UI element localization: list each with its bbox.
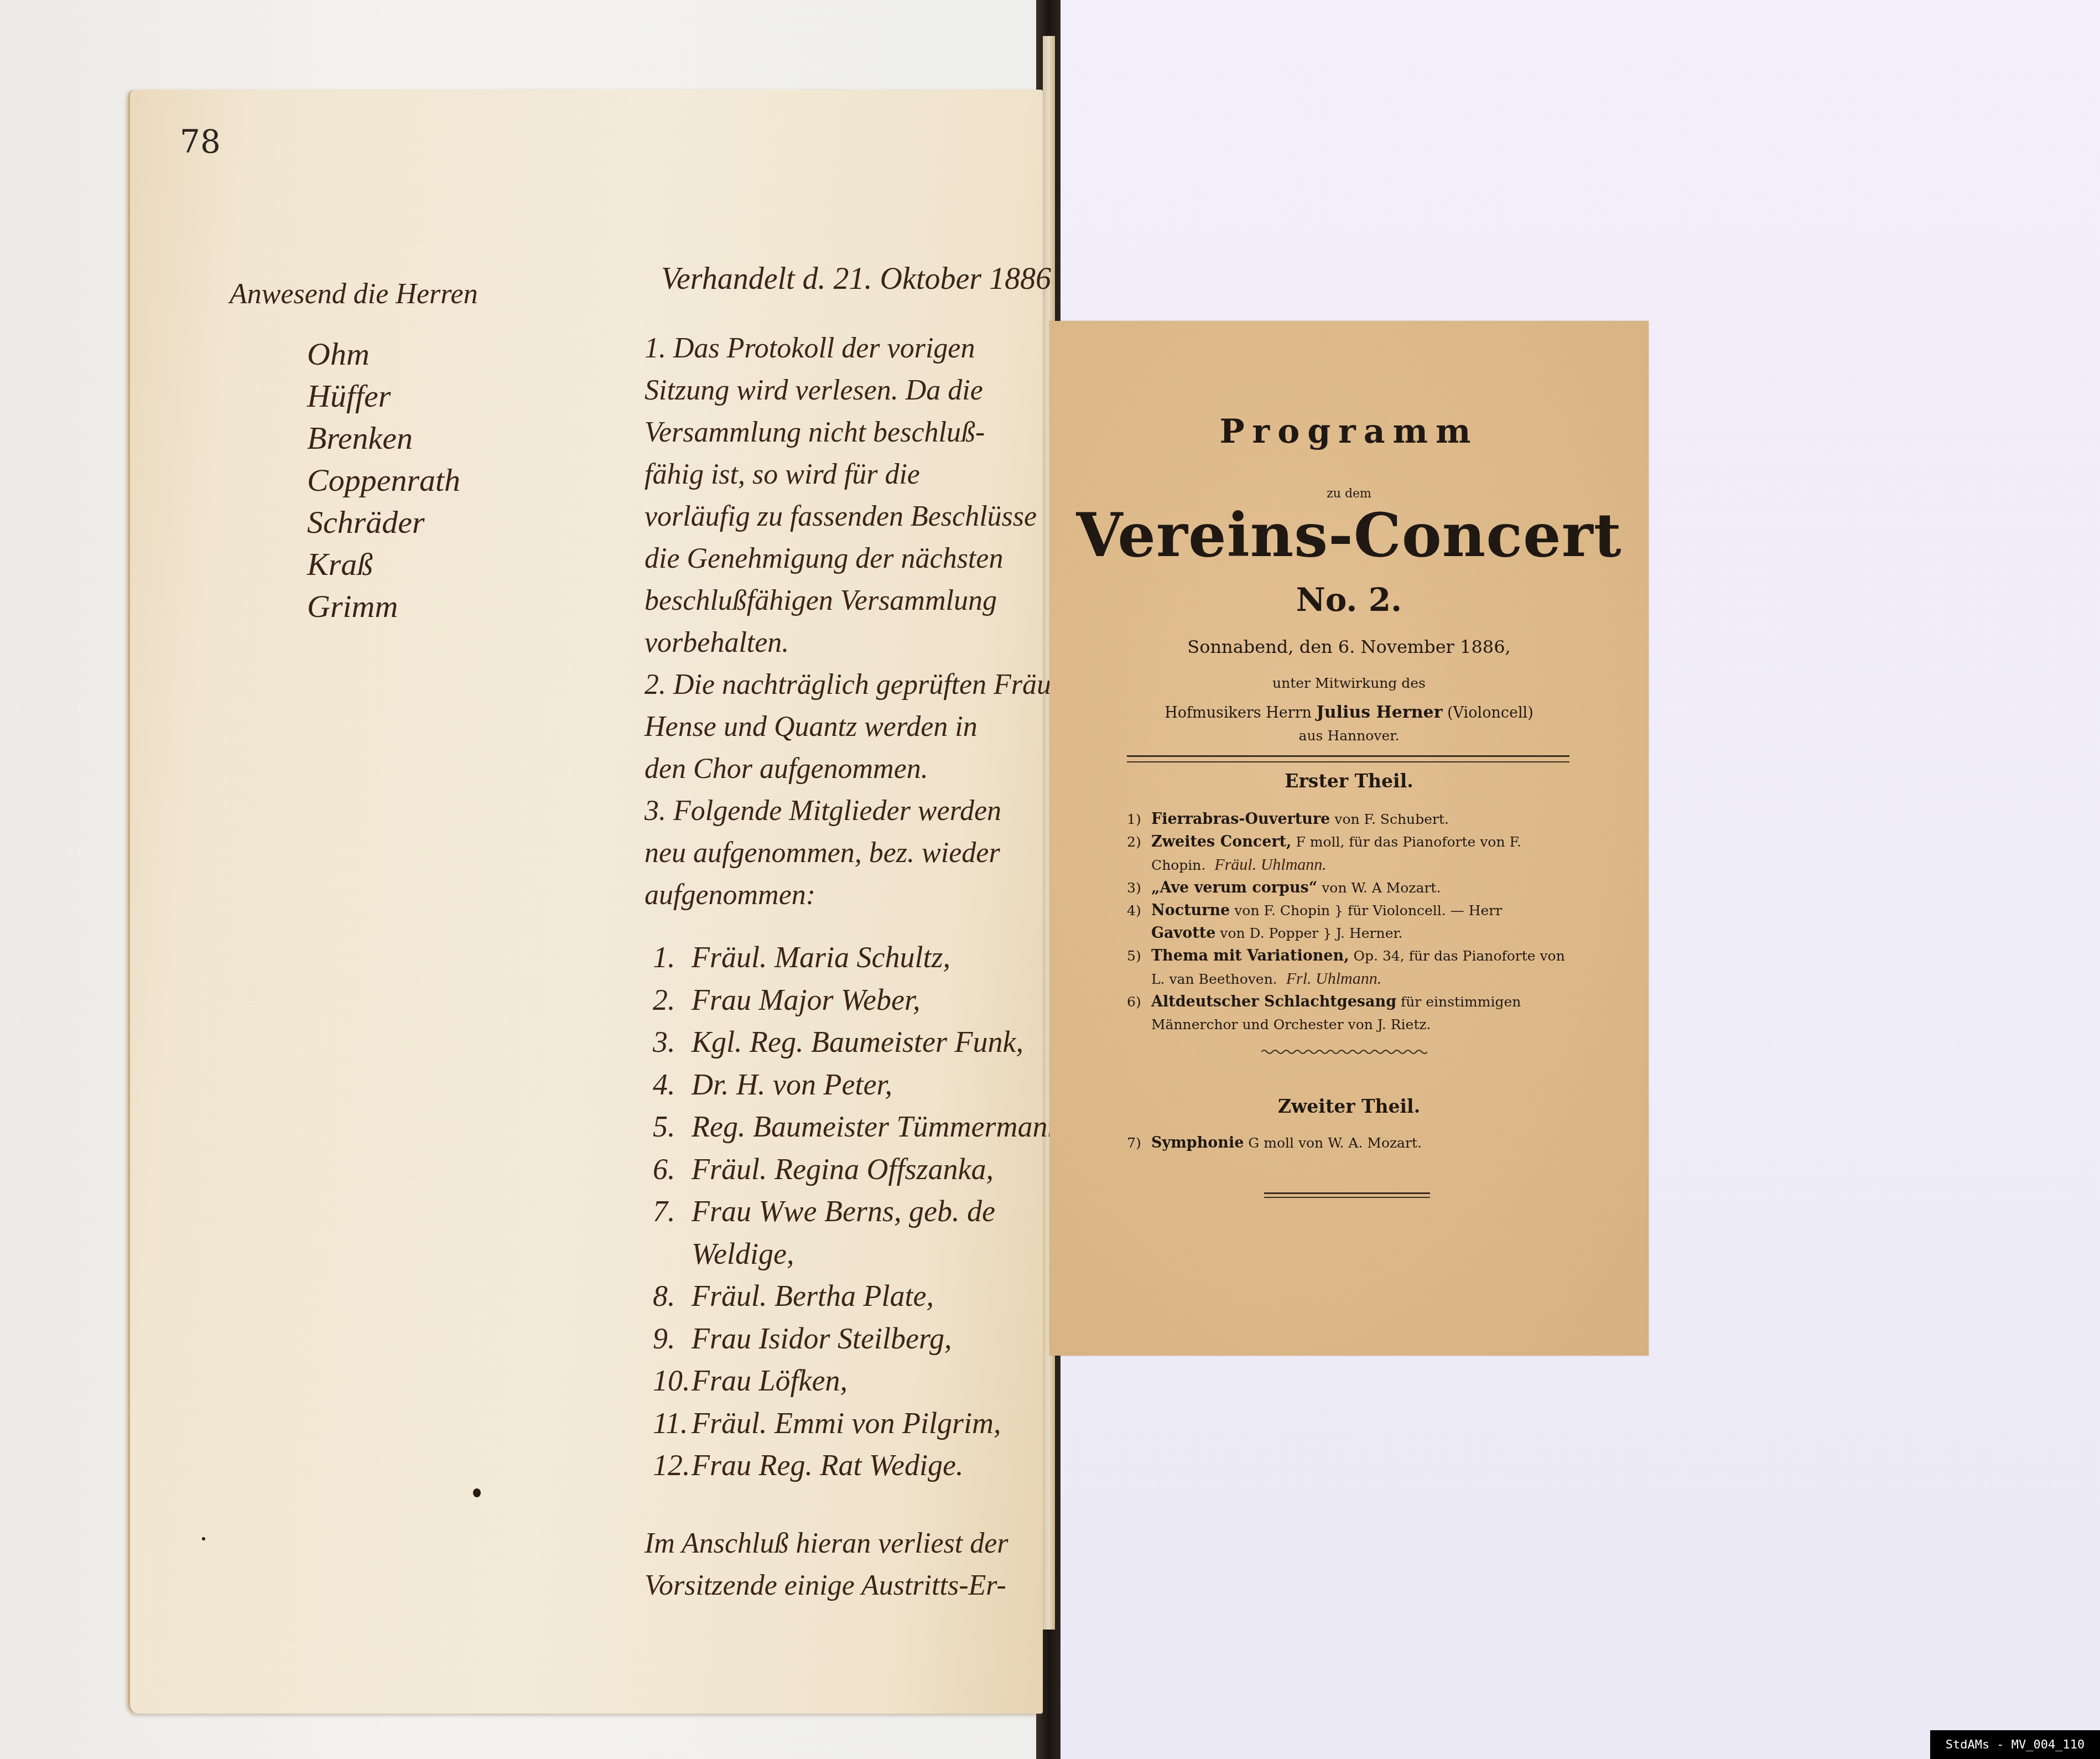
programme-subtitle: zu dem <box>1049 487 1649 501</box>
member-name: Frau Wwe Berns, geb. de <box>692 1195 995 1228</box>
attendance-heading: Anwesend die Herren <box>230 278 478 310</box>
member-number: 5. <box>653 1106 692 1148</box>
wavy-divider <box>1261 1049 1427 1055</box>
item-title: Symphonie <box>1151 1134 1244 1151</box>
minutes-line: Versammlung nicht beschluß- <box>644 412 1032 454</box>
item-title: Thema mit Variationen, <box>1151 947 1349 964</box>
item-title: Gavotte <box>1151 925 1215 942</box>
divider <box>1264 1192 1430 1198</box>
member-name: Frau Reg. Rat Wedige. <box>692 1449 963 1482</box>
member-entry: 9.Frau Isidor Steilberg, <box>653 1317 1062 1360</box>
item-number: 7) <box>1127 1132 1151 1154</box>
member-entry: 6.Fräul. Regina Offszanka, <box>653 1148 1062 1191</box>
member-entry: 10.Frau Löfken, <box>653 1360 1062 1402</box>
member-number: 10. <box>653 1360 692 1402</box>
minutes-line: fähig ist, so wird für die <box>644 454 1032 496</box>
item-number <box>1127 922 1151 945</box>
minutes-line: die Genehmigung der nächsten <box>644 538 1032 580</box>
member-name: Fräul. Maria Schultz, <box>692 941 950 974</box>
item-details: G moll von W. A. Mozart. <box>1244 1135 1422 1151</box>
minutes-title: Verhandelt d. 21. Oktober 1886 <box>661 261 1051 297</box>
attendee: Kraß <box>307 543 460 585</box>
member-name: Fräul. Bertha Plate, <box>692 1279 934 1312</box>
member-number: 8. <box>653 1275 692 1317</box>
attendee: Coppenrath <box>307 459 460 501</box>
item-details: von F. Schubert. <box>1330 811 1449 827</box>
member-number: 11. <box>653 1402 692 1445</box>
programme-item: 5)Thema mit Variationen, Op. 34, für das… <box>1127 945 1581 990</box>
member-entry: 8.Fräul. Bertha Plate, <box>653 1275 1062 1317</box>
closing-note: Im Anschluß hieran verliest der Vorsitze… <box>644 1523 1009 1607</box>
minutes-line: Hense und Quantz werden in <box>644 706 1032 748</box>
member-name: Kgl. Reg. Baumeister Funk, <box>692 1025 1023 1058</box>
member-number: 3. <box>653 1021 692 1063</box>
item-details: von D. Popper } J. Herner. <box>1215 925 1402 941</box>
member-number: 9. <box>653 1317 692 1360</box>
part-two-title: Zweiter Theil. <box>1049 1096 1649 1117</box>
new-members-list: 1.Fräul. Maria Schultz, 2.Frau Major Web… <box>653 936 1062 1487</box>
member-name: Frau Löfken, <box>692 1364 848 1397</box>
member-name: Dr. H. von Peter, <box>692 1068 892 1101</box>
programme-item: 4)Nocturne von F. Chopin } für Violoncel… <box>1127 899 1581 922</box>
member-name: Fräul. Emmi von Pilgrim, <box>692 1407 1001 1440</box>
programme-title: Programm <box>1049 412 1649 451</box>
closing-line: Vorsitzende einige Austritts-Er- <box>644 1565 1009 1607</box>
item-number: 1) <box>1127 808 1151 831</box>
attendee: Ohm <box>307 333 460 375</box>
minutes-line: aufgenommen: <box>644 874 1032 916</box>
closing-line: Im Anschluß hieran verliest der <box>644 1523 1009 1565</box>
attendee: Schräder <box>307 501 460 543</box>
minutes-body: 1. Das Protokoll der vorigen Sitzung wir… <box>644 328 1032 916</box>
member-entry: 4.Dr. H. von Peter, <box>653 1063 1062 1106</box>
item-title: „Ave verum corpus“ <box>1151 879 1317 896</box>
handwritten-annotation: Fräul. Uhlmann. <box>1214 855 1327 874</box>
item-number: 2) <box>1127 831 1151 876</box>
item-number: 5) <box>1127 945 1151 990</box>
participation-line: unter Mitwirkung des <box>1049 675 1649 691</box>
programme-item: Gavotte von D. Popper } J. Herner. <box>1127 922 1581 945</box>
concert-number: No. 2. <box>1049 581 1649 619</box>
minutes-line: Sitzung wird verlesen. Da die <box>644 370 1032 412</box>
item-number: 3) <box>1127 876 1151 899</box>
minutes-line: 1. Das Protokoll der vorigen <box>644 328 1032 370</box>
item-title: Zweites Concert, <box>1151 833 1291 850</box>
minutes-line: vorbehalten. <box>644 622 1032 664</box>
performer-line: Hofmusikers Herrn Julius Herner (Violonc… <box>1049 703 1649 722</box>
attendee: Grimm <box>307 585 460 627</box>
member-name: Fräul. Regina Offszanka, <box>692 1153 994 1186</box>
programme-item: 3)„Ave verum corpus“ von W. A Mozart. <box>1127 876 1581 899</box>
concert-programme: Programm zu dem Vereins-Concert No. 2. S… <box>1049 321 1649 1356</box>
minutes-line: vorläufig zu fassenden Beschlüsse <box>644 496 1032 538</box>
part-two-items: 7)Symphonie G moll von W. A. Mozart. <box>1127 1132 1581 1154</box>
item-title: Altdeutscher Schlachtgesang <box>1151 993 1396 1010</box>
member-entry: 1.Fräul. Maria Schultz, <box>653 936 1062 979</box>
member-number: 12. <box>653 1444 692 1487</box>
programme-item: 1)Fierrabras-Ouverture von F. Schubert. <box>1127 808 1581 831</box>
minutes-line: beschlußfähigen Versammlung <box>644 580 1032 622</box>
attendee: Brenken <box>307 417 460 459</box>
member-name: Reg. Baumeister Tümmermann <box>692 1110 1062 1143</box>
item-details: von W. A Mozart. <box>1317 880 1441 896</box>
ledger-page: 78 Anwesend die Herren Ohm Hüffer Brenke… <box>128 90 1043 1714</box>
item-number: 6) <box>1127 990 1151 1036</box>
part-one-items: 1)Fierrabras-Ouverture von F. Schubert. … <box>1127 808 1581 1036</box>
minutes-line: 2. Die nachträglich geprüften Fräul. <box>644 664 1032 706</box>
member-number: 6. <box>653 1148 692 1191</box>
item-title: Nocturne <box>1151 902 1230 919</box>
ink-spot <box>202 1537 205 1540</box>
member-number: 1. <box>653 936 692 979</box>
item-details: von F. Chopin } für Violoncell. — Herr <box>1230 902 1502 919</box>
performer-origin: aus Hannover. <box>1049 728 1649 744</box>
programme-main-title: Vereins-Concert <box>1049 501 1649 570</box>
attendee-list: Ohm Hüffer Brenken Coppenrath Schräder K… <box>307 333 460 627</box>
member-name: Frau Major Weber, <box>692 983 921 1016</box>
member-entry: 7.Frau Wwe Berns, geb. de <box>653 1190 1062 1233</box>
member-entry: 5.Reg. Baumeister Tümmermann <box>653 1106 1062 1148</box>
member-entry-continuation: Weldige, <box>653 1233 1062 1275</box>
minutes-line: den Chor aufgenommen. <box>644 748 1032 790</box>
performer-prefix: Hofmusikers Herrn <box>1165 704 1312 722</box>
member-number: 2. <box>653 979 692 1021</box>
member-entry: 11.Fräul. Emmi von Pilgrim, <box>653 1402 1062 1445</box>
member-name: Frau Isidor Steilberg, <box>692 1322 952 1355</box>
concert-date: Sonnabend, den 6. November 1886, <box>1049 636 1649 657</box>
archive-watermark: StdAMs - MV_004_110 <box>1930 1730 2100 1759</box>
performer-instrument: (Violoncell) <box>1447 704 1534 722</box>
member-entry: 3.Kgl. Reg. Baumeister Funk, <box>653 1021 1062 1063</box>
programme-item: 6)Altdeutscher Schlachtgesang für einsti… <box>1127 990 1581 1036</box>
programme-item: 2)Zweites Concert, F moll, für das Piano… <box>1127 831 1581 876</box>
member-name: Weldige, <box>692 1237 794 1270</box>
performer-name: Julius Herner <box>1317 703 1443 722</box>
handwritten-annotation: Frl. Uhlmann. <box>1286 969 1382 988</box>
item-number: 4) <box>1127 899 1151 922</box>
page-number: 78 <box>180 123 221 160</box>
part-one-title: Erster Theil. <box>1049 770 1649 792</box>
ink-spot <box>473 1488 481 1497</box>
member-number: 4. <box>653 1063 692 1106</box>
divider <box>1127 755 1569 762</box>
attendee: Hüffer <box>307 375 460 417</box>
item-title: Fierrabras-Ouverture <box>1151 811 1330 828</box>
member-number: 7. <box>653 1190 692 1233</box>
minutes-line: neu aufgenommen, bez. wieder <box>644 832 1032 874</box>
programme-item: 7)Symphonie G moll von W. A. Mozart. <box>1127 1132 1581 1154</box>
member-entry: 2.Frau Major Weber, <box>653 979 1062 1021</box>
member-entry: 12.Frau Reg. Rat Wedige. <box>653 1444 1062 1487</box>
minutes-line: 3. Folgende Mitglieder werden <box>644 790 1032 832</box>
